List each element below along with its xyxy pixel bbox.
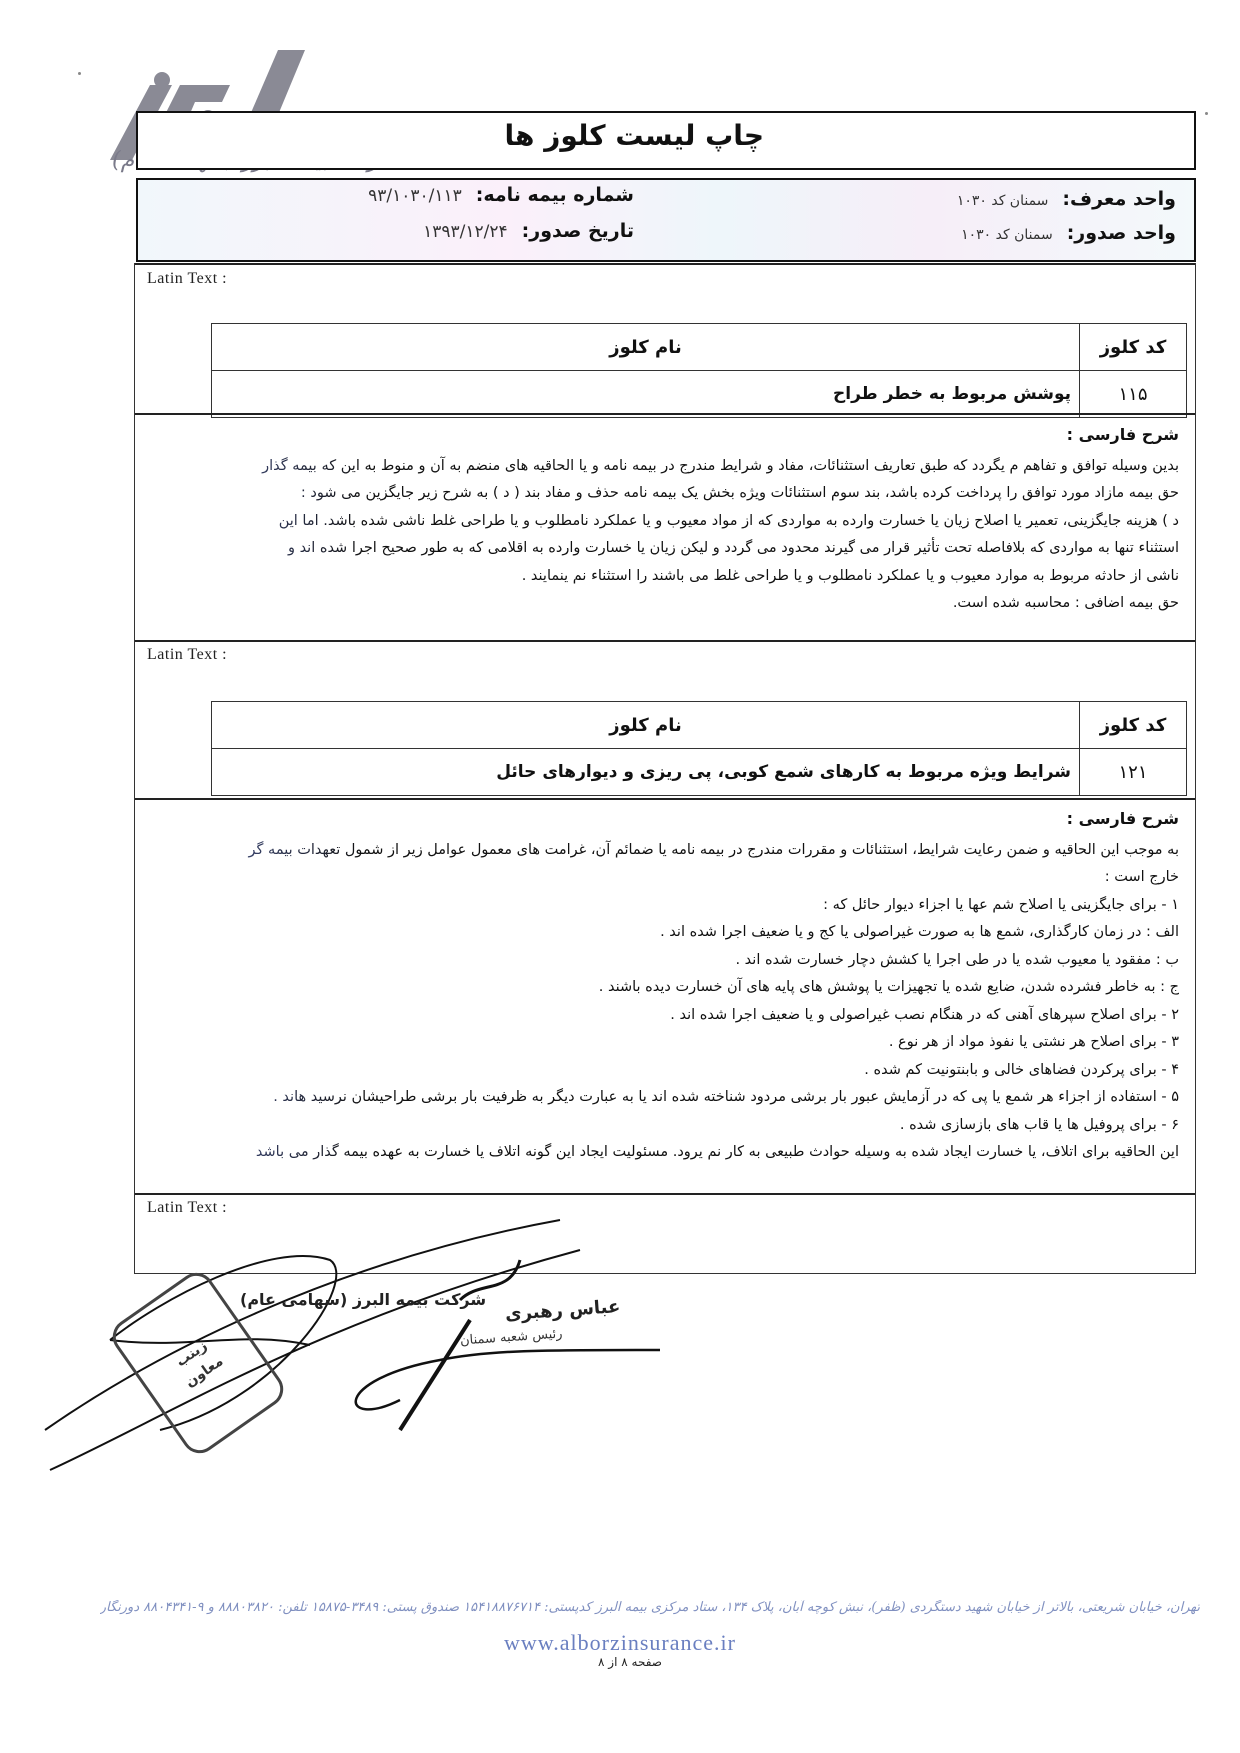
policy-number-label: شماره بیمه نامه:	[476, 184, 634, 206]
clause-description-115: شرح فارسی : بدین وسیله توافق و تفاهم م ی…	[159, 421, 1179, 618]
introducing-unit-row: واحد معرف: سمنان کد ۱۰۳۰	[957, 188, 1176, 210]
footer-address: تهران، خیابان شریعتی، بالاتر از خیابان ش…	[100, 1600, 1200, 1615]
description-line: ۱ - برای جایگزینی یا اصلاح شم عها یا اجز…	[159, 892, 1179, 920]
description-line: ج : به خاطر فشرده شدن، ضایع شده یا تجهیز…	[159, 974, 1179, 1002]
col-header-code: کد کلوز	[1080, 702, 1187, 749]
page-indicator: صفحه ۸ از ۸	[0, 1655, 1240, 1669]
company-stamp-text: شرکت بیمه البرز (سهامی عام)	[240, 1290, 486, 1309]
policy-number-row: شماره بیمه نامه: ۹۳/۱۰۳۰/۱۱۳	[368, 184, 634, 206]
introducing-unit-value: سمنان کد ۱۰۳۰	[957, 193, 1049, 209]
col-header-code: کد کلوز	[1080, 324, 1187, 371]
title-box: چاپ لیست کلوز ها	[136, 111, 1196, 170]
description-line: ناشی از حادثه مربوط به موارد معیوب و یا …	[159, 563, 1179, 591]
issuing-unit-value: سمنان کد ۱۰۳۰	[961, 227, 1053, 243]
description-line: به موجب این الحاقیه و ضمن رعایت شرایط، ا…	[159, 837, 1179, 865]
clause-table-115: کد کلوز نام کلوز ۱۱۵ پوشش مربوط به خطر ط…	[211, 323, 1187, 418]
scan-speck	[1205, 112, 1208, 115]
description-line: ۳ - برای اصلاح هر نشتی یا نفوذ مواد از ه…	[159, 1029, 1179, 1057]
description-heading: شرح فارسی :	[159, 805, 1179, 833]
description-line: استثناء تنها به مواردی که بلافاصله تحت ت…	[159, 535, 1179, 563]
introducing-unit-label: واحد معرف:	[1062, 188, 1176, 210]
clause-list-frame: Latin Text : کد کلوز نام کلوز ۱۱۵ پوشش م…	[134, 263, 1196, 1274]
description-line: بدین وسیله توافق و تفاهم م یگردد که طبق …	[159, 453, 1179, 481]
clause-code: ۱۲۱	[1080, 749, 1187, 796]
description-line: د ) هزینه جایگزینی، تعمیر یا اصلاح زیان …	[159, 508, 1179, 536]
issue-date-label: تاریخ صدور:	[522, 220, 634, 242]
table-row: ۱۱۵ پوشش مربوط به خطر طراح	[212, 371, 1187, 418]
table-row: ۱۲۱ شرایط ویژه مربوط به کارهای شمع کوبی،…	[212, 749, 1187, 796]
description-heading: شرح فارسی :	[159, 421, 1179, 449]
footer-website-link[interactable]: www.alborzinsurance.ir	[0, 1630, 1240, 1656]
col-header-name: نام کلوز	[212, 324, 1080, 371]
col-header-name: نام کلوز	[212, 702, 1080, 749]
description-line: الف : در زمان کارگذاری، شمع ها به صورت غ…	[159, 919, 1179, 947]
clause-table-121: کد کلوز نام کلوز ۱۲۱ شرایط ویژه مربوط به…	[211, 701, 1187, 796]
description-line: حق بیمه اضافی : محاسبه شده است.	[159, 590, 1179, 618]
policy-number-value: ۹۳/۱۰۳۰/۱۱۳	[368, 186, 462, 206]
description-line: ۴ - برای پرکردن فضاهای خالی و بابنتونیت …	[159, 1057, 1179, 1085]
latin-text-label: Latin Text :	[147, 270, 227, 288]
description-line: ب : مفقود یا معیوب شده یا در طی اجرا یا …	[159, 947, 1179, 975]
description-line: ۶ - برای پروفیل ها یا قاب های بازسازی شد…	[159, 1112, 1179, 1140]
section-divider	[135, 413, 1195, 415]
section-divider	[135, 640, 1195, 642]
clause-name: شرایط ویژه مربوط به کارهای شمع کوبی، پی …	[212, 749, 1080, 796]
description-line: خارج است :	[159, 864, 1179, 892]
description-line: ۵ - استفاده از اجزاء هر شمع یا پی که در …	[159, 1084, 1179, 1112]
clause-code: ۱۱۵	[1080, 371, 1187, 418]
policy-info-box: واحد معرف: سمنان کد ۱۰۳۰ شماره بیمه نامه…	[136, 178, 1196, 262]
scan-speck	[78, 72, 81, 75]
clause-description-121: شرح فارسی : به موجب این الحاقیه و ضمن رع…	[159, 805, 1179, 1167]
issue-date-value: ۱۳۹۳/۱۲/۲۴	[423, 222, 508, 242]
clause-table-header: کد کلوز نام کلوز	[212, 324, 1187, 371]
page-title: چاپ لیست کلوز ها	[505, 119, 764, 152]
section-divider	[135, 1193, 1195, 1195]
section-divider	[135, 798, 1195, 800]
issue-date-row: تاریخ صدور: ۱۳۹۳/۱۲/۲۴	[423, 220, 634, 242]
issuing-unit-label: واحد صدور:	[1067, 222, 1176, 244]
description-line: این الحاقیه برای اتلاف، یا خسارت ایجاد ش…	[159, 1139, 1179, 1167]
clause-table-header: کد کلوز نام کلوز	[212, 702, 1187, 749]
clause-name: پوشش مربوط به خطر طراح	[212, 371, 1080, 418]
description-line: ۲ - برای اصلاح سپرهای آهنی که در هنگام ن…	[159, 1002, 1179, 1030]
issuing-unit-row: واحد صدور: سمنان کد ۱۰۳۰	[961, 222, 1176, 244]
section-divider	[135, 263, 1195, 265]
description-line: حق بیمه مازاد مورد توافق را پرداخت کرده …	[159, 480, 1179, 508]
latin-text-label: Latin Text :	[147, 646, 227, 664]
